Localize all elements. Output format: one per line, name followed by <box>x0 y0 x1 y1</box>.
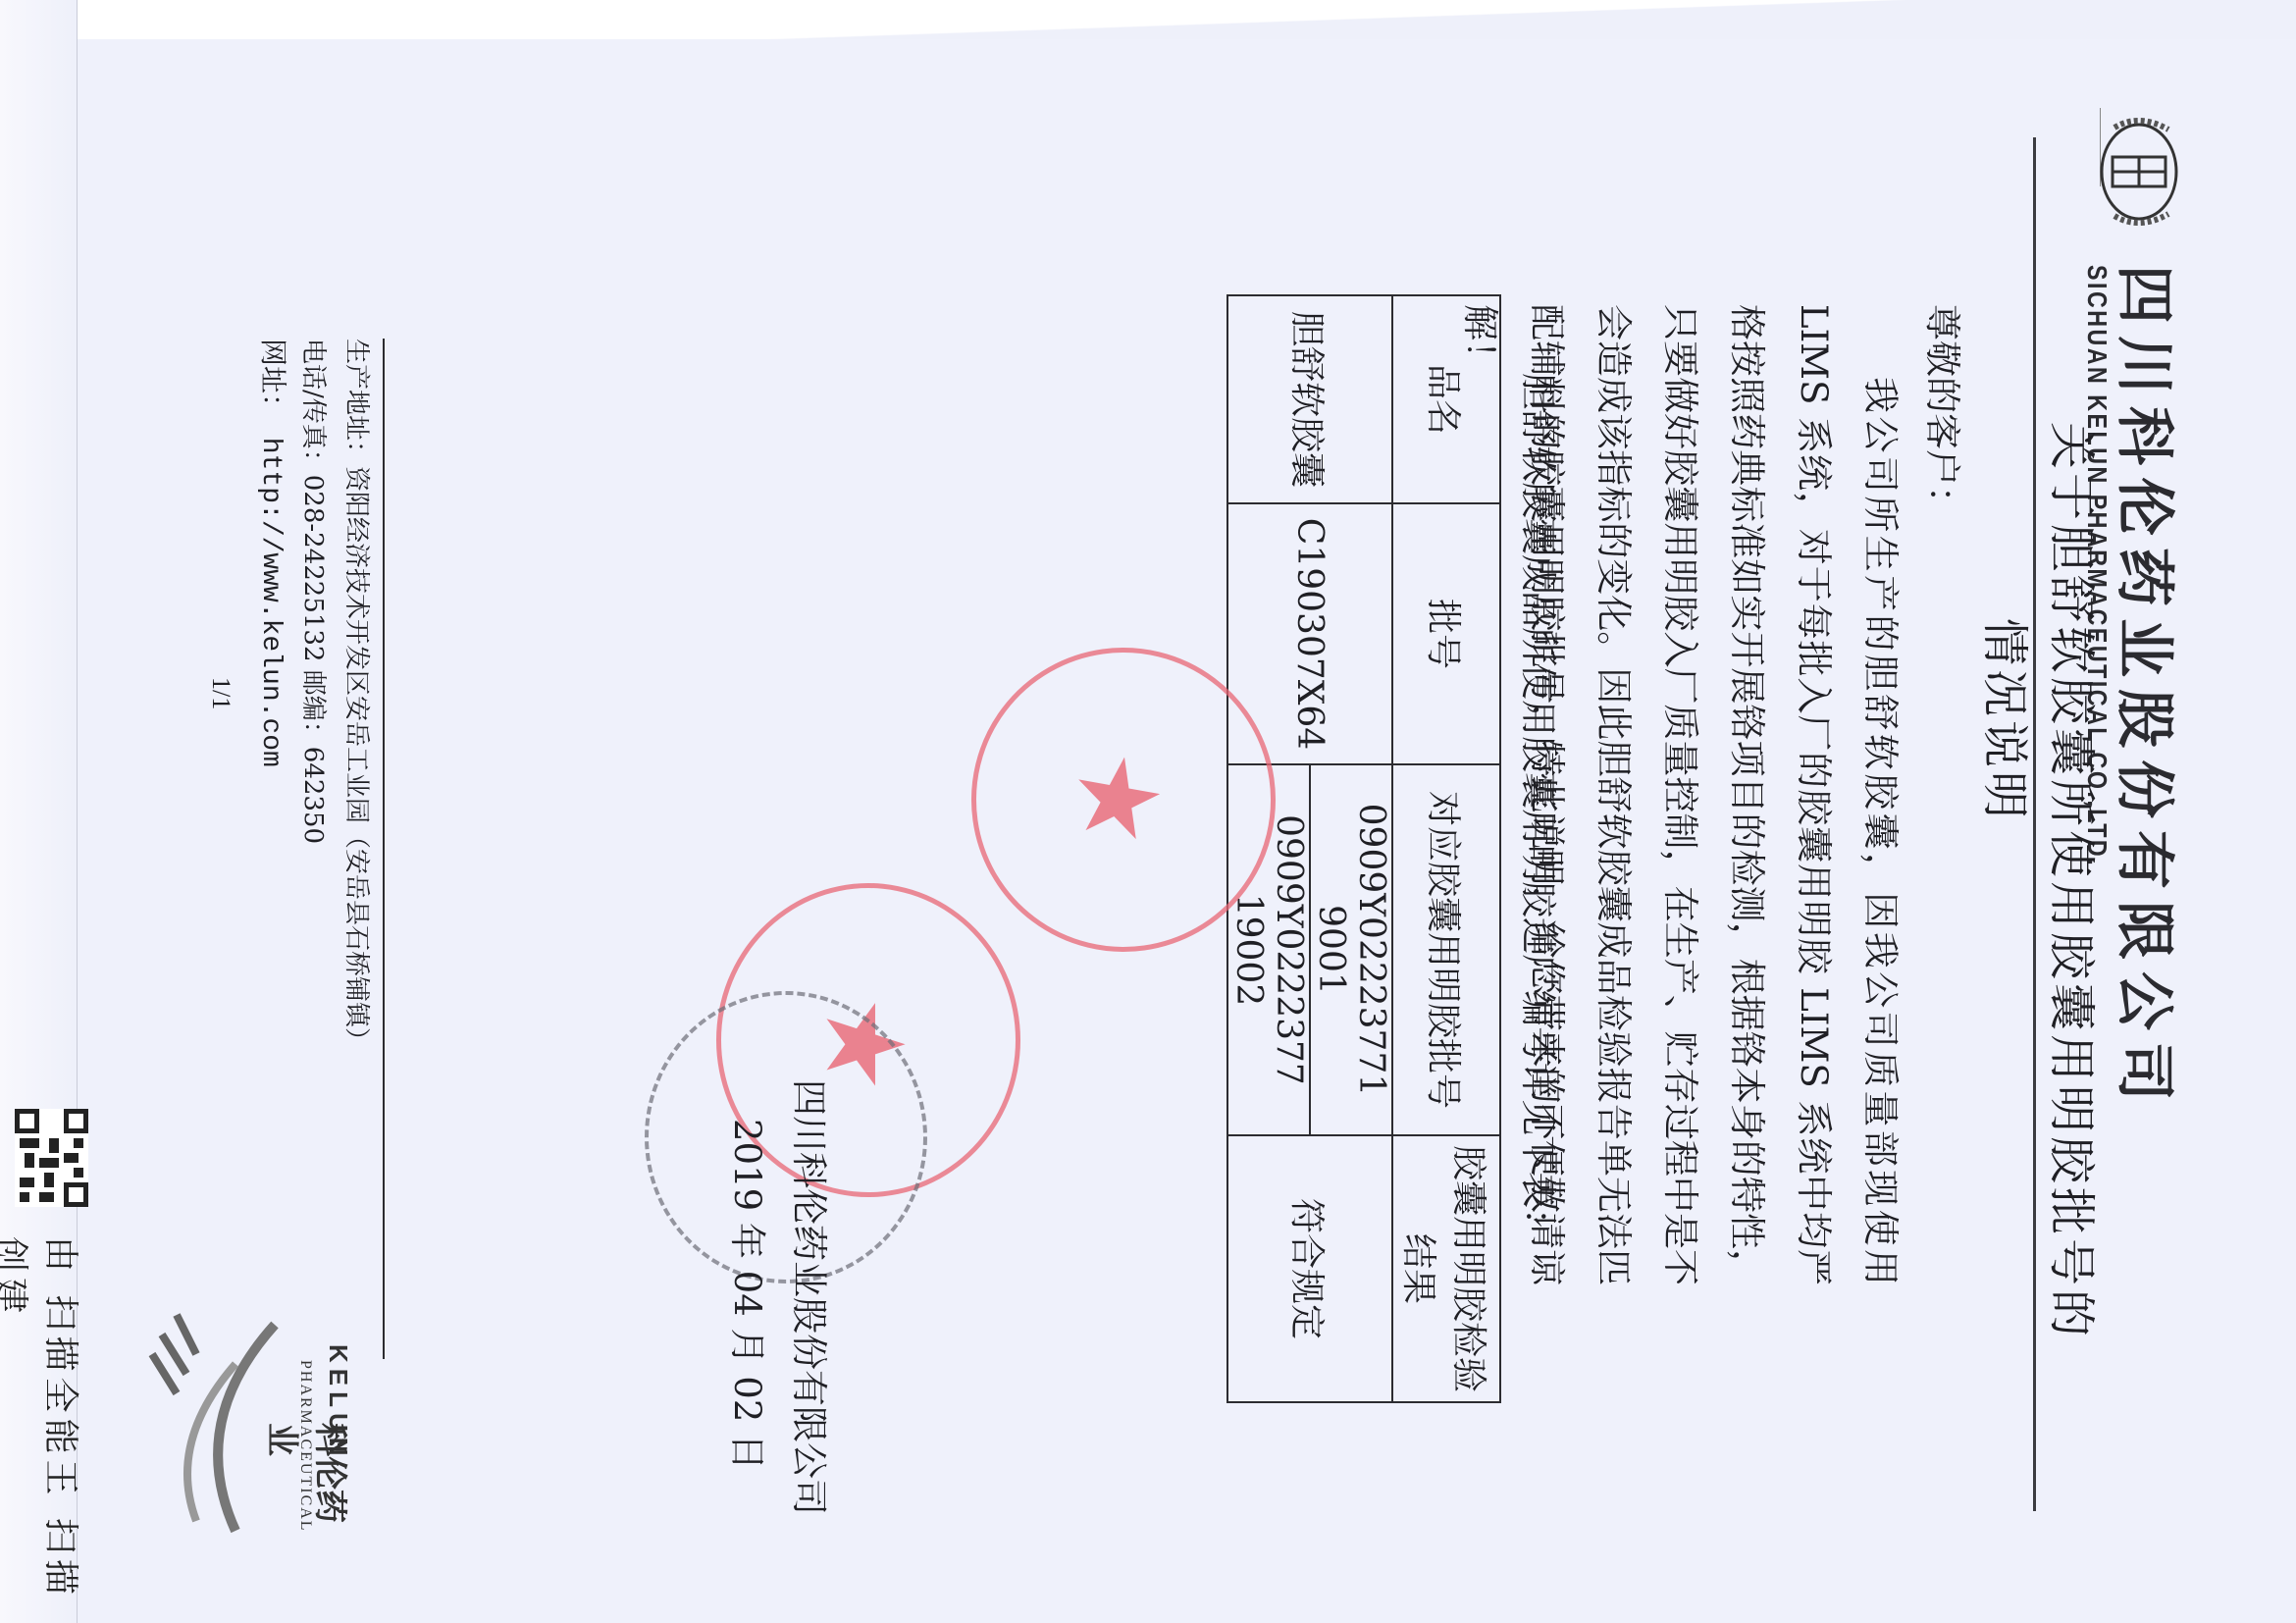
seal-star-icon: ★ <box>1051 743 1188 856</box>
column-header-batch: 批号 <box>1392 503 1500 764</box>
gelatin-batch-table: 品名 批号 对应胶囊用明胶批号 胶囊用明胶检验结果 胆舒软胶囊 C190307X… <box>1226 294 1501 1403</box>
document-title: 关于胆舒软胶囊所使用胶囊用明胶批号的 <box>2042 422 2110 1340</box>
column-header-name: 品名 <box>1392 295 1500 503</box>
document-page: 四川科伦药业股份有限公司 SICHUAN KELUN PHARMACEUTICA… <box>0 0 2296 1623</box>
kelun-brand-logo: KELUN 科伦药业 PHARMACEUTICAL <box>137 1305 353 1541</box>
page-number: 1/1 <box>206 677 235 709</box>
footer: 生产地址：资阳经济技术开发区安岳工业园（安岳县石桥铺镇） 电话/传真：028-2… <box>248 339 378 1053</box>
header-rule <box>2033 137 2036 1511</box>
footer-address: 生产地址：资阳经济技术开发区安岳工业园（安岳县石桥铺镇） <box>335 339 378 1053</box>
scanner-watermark: 由 扫描全能王 扫描创建 <box>0 1236 88 1623</box>
greeting: 尊敬的客户： <box>1919 304 1972 522</box>
qr-code-icon <box>15 1109 88 1207</box>
kelun-laurel-emblem-icon <box>2085 108 2193 236</box>
document-subtitle: 情况说明 <box>1975 618 2043 822</box>
column-header-result: 胶囊用明胶检验结果 <box>1392 1135 1500 1402</box>
leaf-swoosh-icon <box>147 1305 294 1541</box>
table-lead-text: 胆舒软胶囊成品所使用胶囊用明胶进厂编号详见下表： <box>1515 373 1568 1244</box>
cell-result: 符合规定 <box>1227 1135 1392 1402</box>
table-header-row: 品名 批号 对应胶囊用明胶批号 胶囊用明胶检验结果 <box>1392 295 1500 1402</box>
signature-company: 四川科伦药业股份有限公司 <box>786 1079 839 1515</box>
footer-phone: 电话/传真：028-24225132 邮编：642350 <box>291 339 335 1053</box>
cell-product-name: 胆舒软胶囊 <box>1227 295 1392 503</box>
table-row: 胆舒软胶囊 C190307X64 0909Y02223771 9001 符合规定 <box>1310 295 1392 1402</box>
company-name-cn: 四川科伦药业股份有限公司 <box>2107 265 2191 1113</box>
cell-gelatin-batch-1: 0909Y02223771 9001 <box>1310 764 1392 1135</box>
footer-website: 网址： http://www.kelun.com <box>248 339 291 1053</box>
brand-pharma: PHARMACEUTICAL <box>296 1360 314 1533</box>
signature-date: 2019 年 04 月 02 日 <box>724 1119 777 1470</box>
footer-rule <box>383 339 385 1359</box>
column-header-gelatin-batch: 对应胶囊用明胶批号 <box>1392 764 1500 1135</box>
